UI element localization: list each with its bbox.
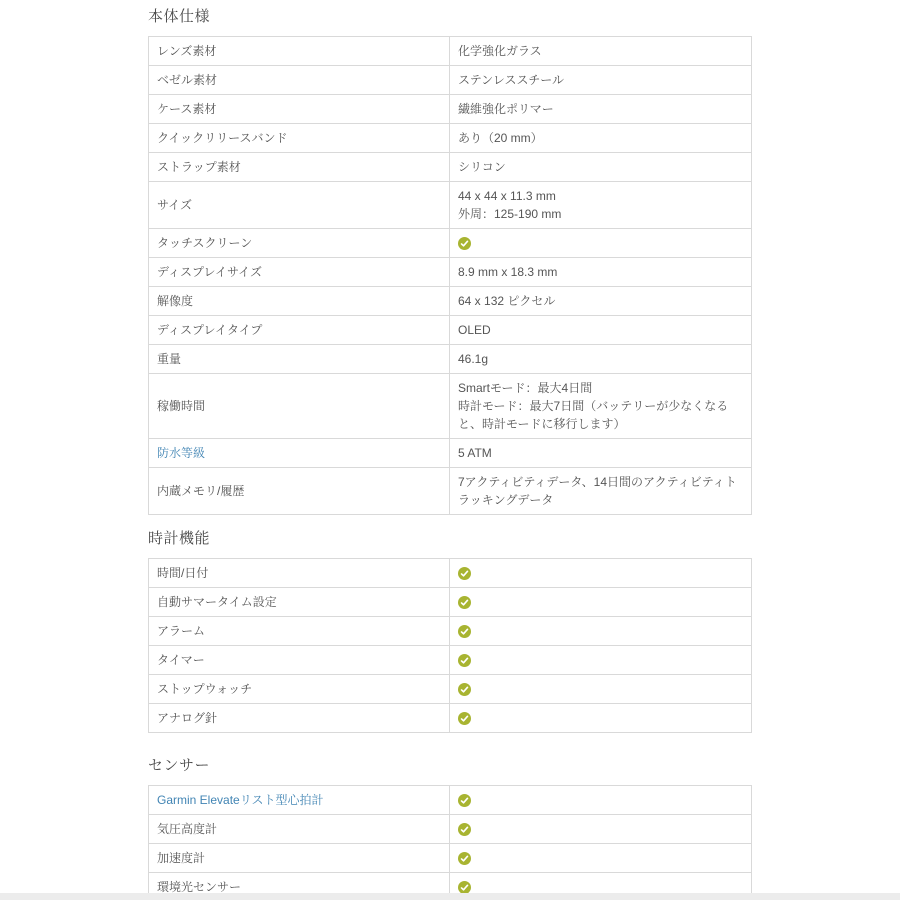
spec-label-cell: ディスプレイタイプ	[149, 316, 450, 344]
spec-value-cell	[450, 786, 751, 814]
spec-value: 8.9 mm x 18.3 mm	[458, 263, 557, 281]
spec-value: 7アクティビティデータ、14日間のアクティビティトラッキングデータ	[458, 473, 743, 509]
spec-label-cell: タイマー	[149, 646, 450, 674]
table-row: タッチスクリーン	[149, 228, 751, 257]
check-circle-icon	[458, 852, 471, 865]
spec-label-cell: ディスプレイサイズ	[149, 258, 450, 286]
spec-value-cell	[450, 617, 751, 645]
spec-value-cell	[450, 588, 751, 616]
spec-value-cell: 5 ATM	[450, 439, 751, 467]
check-circle-icon	[458, 596, 471, 609]
spec-label-cell: 気圧高度計	[149, 815, 450, 843]
table-row: クイックリリースバンドあり（20 mm）	[149, 123, 751, 152]
spec-label: ストラップ素材	[157, 158, 241, 176]
spec-label: ベゼル素材	[157, 71, 217, 89]
spec-value-cell: 64 x 132 ピクセル	[450, 287, 751, 315]
spec-value-cell	[450, 229, 751, 257]
spec-value: 繊維強化ポリマー	[458, 100, 554, 118]
table-row: 稼働時間Smartモード：最大4日間 時計モード：最大7日間（バッテリーが少なく…	[149, 373, 751, 438]
table-row: ベゼル素材ステンレススチール	[149, 65, 751, 94]
table-row: タイマー	[149, 645, 751, 674]
spec-label-cell: アナログ針	[149, 704, 450, 732]
table-row: 加速度計	[149, 843, 751, 872]
spec-label: 内蔵メモリ/履歴	[157, 482, 244, 500]
table-row: サイズ44 x 44 x 11.3 mm 外周：125-190 mm	[149, 181, 751, 228]
spec-label-cell: 稼働時間	[149, 374, 450, 438]
spec-label-cell: ベゼル素材	[149, 66, 450, 94]
spec-label-cell: 解像度	[149, 287, 450, 315]
table-row: ストラップ素材シリコン	[149, 152, 751, 181]
table-row: ストップウォッチ	[149, 674, 751, 703]
check-circle-icon	[458, 567, 471, 580]
spec-label: クイックリリースバンド	[157, 129, 288, 147]
spec-label-cell: 時間/日付	[149, 559, 450, 587]
spec-table: レンズ素材化学強化ガラスベゼル素材ステンレススチールケース素材繊維強化ポリマーク…	[148, 36, 752, 515]
spec-value-cell: OLED	[450, 316, 751, 344]
spec-value-cell: 化学強化ガラス	[450, 37, 751, 65]
section-title: センサー	[148, 757, 752, 775]
table-row: アナログ針	[149, 703, 751, 732]
spec-label-cell: 加速度計	[149, 844, 450, 872]
spec-value: Smartモード：最大4日間 時計モード：最大7日間（バッテリーが少なくなると、…	[458, 379, 743, 433]
spec-label: ケース素材	[157, 100, 216, 118]
spec-value-cell: 繊維強化ポリマー	[450, 95, 751, 123]
spec-label: 稼働時間	[157, 397, 205, 415]
spec-value: 化学強化ガラス	[458, 42, 542, 60]
table-row: 重量46.1g	[149, 344, 751, 373]
spec-table: 時間/日付自動サマータイム設定アラームタイマーストップウォッチアナログ針	[148, 558, 752, 733]
check-circle-icon	[458, 712, 471, 725]
spec-value: 44 x 44 x 11.3 mm 外周：125-190 mm	[458, 187, 561, 223]
spec-value-cell: あり（20 mm）	[450, 124, 751, 152]
check-circle-icon	[458, 237, 471, 250]
table-row: 解像度64 x 132 ピクセル	[149, 286, 751, 315]
check-circle-icon	[458, 881, 471, 894]
spec-section: センサーGarmin Elevateリスト型心拍計気圧高度計加速度計環境光センサ…	[148, 757, 752, 900]
spec-label: 自動サマータイム設定	[157, 593, 277, 611]
spec-value-cell	[450, 559, 751, 587]
spec-label: アナログ針	[157, 709, 217, 727]
table-row: 気圧高度計	[149, 814, 751, 843]
spec-value-cell	[450, 675, 751, 703]
spec-label-cell: 重量	[149, 345, 450, 373]
spec-value-cell: 7アクティビティデータ、14日間のアクティビティトラッキングデータ	[450, 468, 751, 514]
spec-value-cell: ステンレススチール	[450, 66, 751, 94]
table-row: ケース素材繊維強化ポリマー	[149, 94, 751, 123]
table-row: Garmin Elevateリスト型心拍計	[149, 786, 751, 814]
spec-label: 解像度	[157, 292, 193, 310]
spec-label: ディスプレイタイプ	[157, 321, 262, 339]
spec-value: シリコン	[458, 158, 506, 176]
spec-value-cell: シリコン	[450, 153, 751, 181]
spec-label-cell: クイックリリースバンド	[149, 124, 450, 152]
spec-label: レンズ素材	[157, 42, 216, 60]
check-circle-icon	[458, 683, 471, 696]
spec-label: タッチスクリーン	[157, 234, 252, 252]
spec-value-cell: 46.1g	[450, 345, 751, 373]
spec-label-link[interactable]: Garmin Elevateリスト型心拍計	[157, 791, 323, 809]
table-row: ディスプレイサイズ8.9 mm x 18.3 mm	[149, 257, 751, 286]
spec-label-cell: 内蔵メモリ/履歴	[149, 468, 450, 514]
spec-label-cell: タッチスクリーン	[149, 229, 450, 257]
spec-value: OLED	[458, 321, 491, 339]
spec-value: ステンレススチール	[458, 71, 564, 89]
section-title: 時計機能	[148, 530, 752, 548]
spec-value-cell	[450, 646, 751, 674]
spec-content: 本体仕様レンズ素材化学強化ガラスベゼル素材ステンレススチールケース素材繊維強化ポ…	[0, 0, 900, 900]
spec-label-link[interactable]: 防水等級	[157, 444, 205, 462]
spec-value: 5 ATM	[458, 444, 492, 462]
table-row: レンズ素材化学強化ガラス	[149, 37, 751, 65]
spec-label: サイズ	[157, 196, 192, 214]
spec-label-cell: サイズ	[149, 182, 450, 228]
spec-label: アラーム	[157, 622, 205, 640]
table-row: ディスプレイタイプOLED	[149, 315, 751, 344]
table-row: 時間/日付	[149, 559, 751, 587]
spec-label: ディスプレイサイズ	[157, 263, 262, 281]
spec-label: 時間/日付	[157, 564, 208, 582]
spec-page: 本体仕様レンズ素材化学強化ガラスベゼル素材ステンレススチールケース素材繊維強化ポ…	[0, 0, 900, 900]
spec-label: 気圧高度計	[157, 820, 217, 838]
spec-section: 本体仕様レンズ素材化学強化ガラスベゼル素材ステンレススチールケース素材繊維強化ポ…	[148, 8, 752, 515]
page-bottom-strip	[0, 893, 900, 900]
spec-section: 時計機能時間/日付自動サマータイム設定アラームタイマーストップウォッチアナログ針	[148, 530, 752, 733]
table-row: アラーム	[149, 616, 751, 645]
spec-value-cell	[450, 815, 751, 843]
spec-label-cell: レンズ素材	[149, 37, 450, 65]
table-row: 内蔵メモリ/履歴7アクティビティデータ、14日間のアクティビティトラッキングデー…	[149, 467, 751, 514]
spec-label-cell: 自動サマータイム設定	[149, 588, 450, 616]
table-row: 防水等級5 ATM	[149, 438, 751, 467]
spec-value-cell: Smartモード：最大4日間 時計モード：最大7日間（バッテリーが少なくなると、…	[450, 374, 751, 438]
spec-label: ストップウォッチ	[157, 680, 252, 698]
check-circle-icon	[458, 625, 471, 638]
spec-value-cell	[450, 704, 751, 732]
spec-label-cell: ケース素材	[149, 95, 450, 123]
spec-value-cell: 8.9 mm x 18.3 mm	[450, 258, 751, 286]
check-circle-icon	[458, 654, 471, 667]
spec-label-cell: ストラップ素材	[149, 153, 450, 181]
check-circle-icon	[458, 794, 471, 807]
spec-label: 重量	[157, 350, 181, 368]
spec-label-cell: アラーム	[149, 617, 450, 645]
section-title: 本体仕様	[148, 8, 752, 26]
spec-value: あり（20 mm）	[458, 129, 543, 147]
spec-table: Garmin Elevateリスト型心拍計気圧高度計加速度計環境光センサー	[148, 785, 752, 900]
spec-value: 46.1g	[458, 350, 488, 368]
check-circle-icon	[458, 823, 471, 836]
spec-value-cell	[450, 844, 751, 872]
table-row: 自動サマータイム設定	[149, 587, 751, 616]
spec-value-cell: 44 x 44 x 11.3 mm 外周：125-190 mm	[450, 182, 751, 228]
spec-label: タイマー	[157, 651, 205, 669]
spec-label: 加速度計	[157, 849, 205, 867]
spec-label-cell: ストップウォッチ	[149, 675, 450, 703]
spec-label-cell: Garmin Elevateリスト型心拍計	[149, 786, 450, 814]
spec-label-cell: 防水等級	[149, 439, 450, 467]
spec-value: 64 x 132 ピクセル	[458, 292, 555, 310]
